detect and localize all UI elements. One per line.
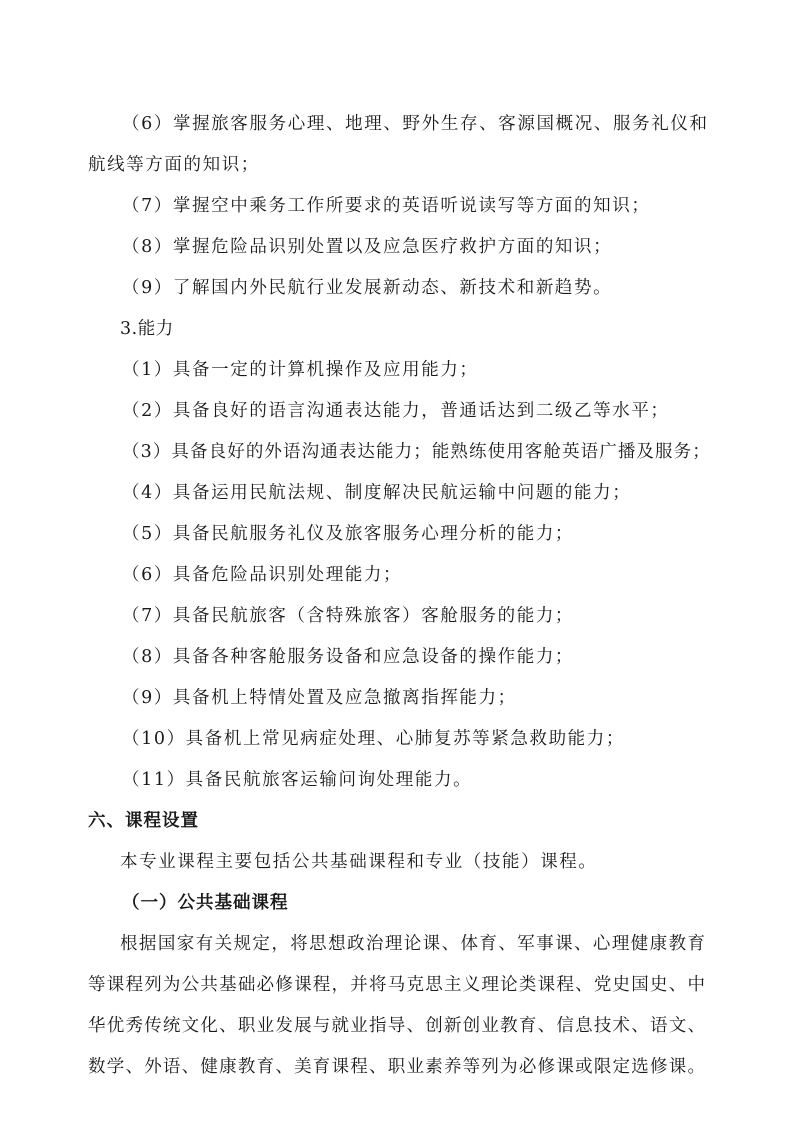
ability-heading: 3.能力 — [120, 318, 174, 340]
ability-item-5: （5）具备民航服务礼仪及旅客服务心理分析的能力； — [122, 523, 574, 545]
section-intro: 本专业课程主要包括公共基础课程和专业（技能）课程。 — [120, 851, 598, 873]
knowledge-item-8: （8）掌握危险品识别处置以及应急医疗救护方面的知识； — [122, 236, 612, 258]
ability-item-2: （2）具备良好的语言沟通表达能力，普通话达到二级乙等水平； — [122, 400, 670, 422]
knowledge-item-9: （9）了解国内外民航行业发展新动态、新技术和新趋势。 — [122, 277, 612, 299]
ability-item-7: （7）具备民航旅客（含特殊旅客）客舱服务的能力； — [122, 605, 574, 627]
section-heading: 六、课程设置 — [88, 810, 199, 832]
ability-item-8: （8）具备各种客舱服务设备和应急设备的操作能力； — [122, 646, 574, 668]
ability-item-11: （11）具备民航旅客运输问询处理能力。 — [122, 769, 472, 791]
paragraph-line-1: 根据国家有关规定，将思想政治理论课、体育、军事课、心理健康教育 — [120, 933, 705, 955]
ability-item-3: （3）具备良好的外语沟通表达能力；能熟练使用客舱英语广播及服务； — [122, 441, 711, 463]
paragraph-line-2: 等课程列为公共基础必修课程，并将马克思主义理论类课程、党史国史、中 — [88, 974, 705, 996]
ability-item-6: （6）具备危险品识别处理能力； — [122, 564, 402, 586]
ability-item-1: （1）具备一定的计算机操作及应用能力； — [122, 359, 479, 381]
knowledge-item-6-line2: 航线等方面的知识； — [88, 154, 260, 176]
document-page: （6）掌握旅客服务心理、地理、野外生存、客源国概况、服务礼仪和 航线等方面的知识… — [0, 0, 793, 1122]
paragraph-line-3: 华优秀传统文化、职业发展与就业指导、创新创业教育、信息技术、语文、 — [88, 1015, 705, 1037]
ability-item-9: （9）具备机上特情处置及应急撤离指挥能力； — [122, 687, 517, 709]
ability-item-4: （4）具备运用民航法规、制度解决民航运输中问题的能力； — [122, 482, 631, 504]
ability-item-10: （10）具备机上常见病症处理、心肺复苏等紧急救助能力； — [122, 728, 625, 750]
knowledge-item-7: （7）掌握空中乘务工作所要求的英语听说读写等方面的知识； — [122, 195, 650, 217]
subsection-heading: （一）公共基础课程 — [122, 892, 289, 914]
paragraph-line-4: 数学、外语、健康教育、美育课程、职业素养等列为必修课或限定选修课。 — [88, 1056, 705, 1078]
knowledge-item-6-line1: （6）掌握旅客服务心理、地理、野外生存、客源国概况、服务礼仪和 — [122, 113, 707, 135]
